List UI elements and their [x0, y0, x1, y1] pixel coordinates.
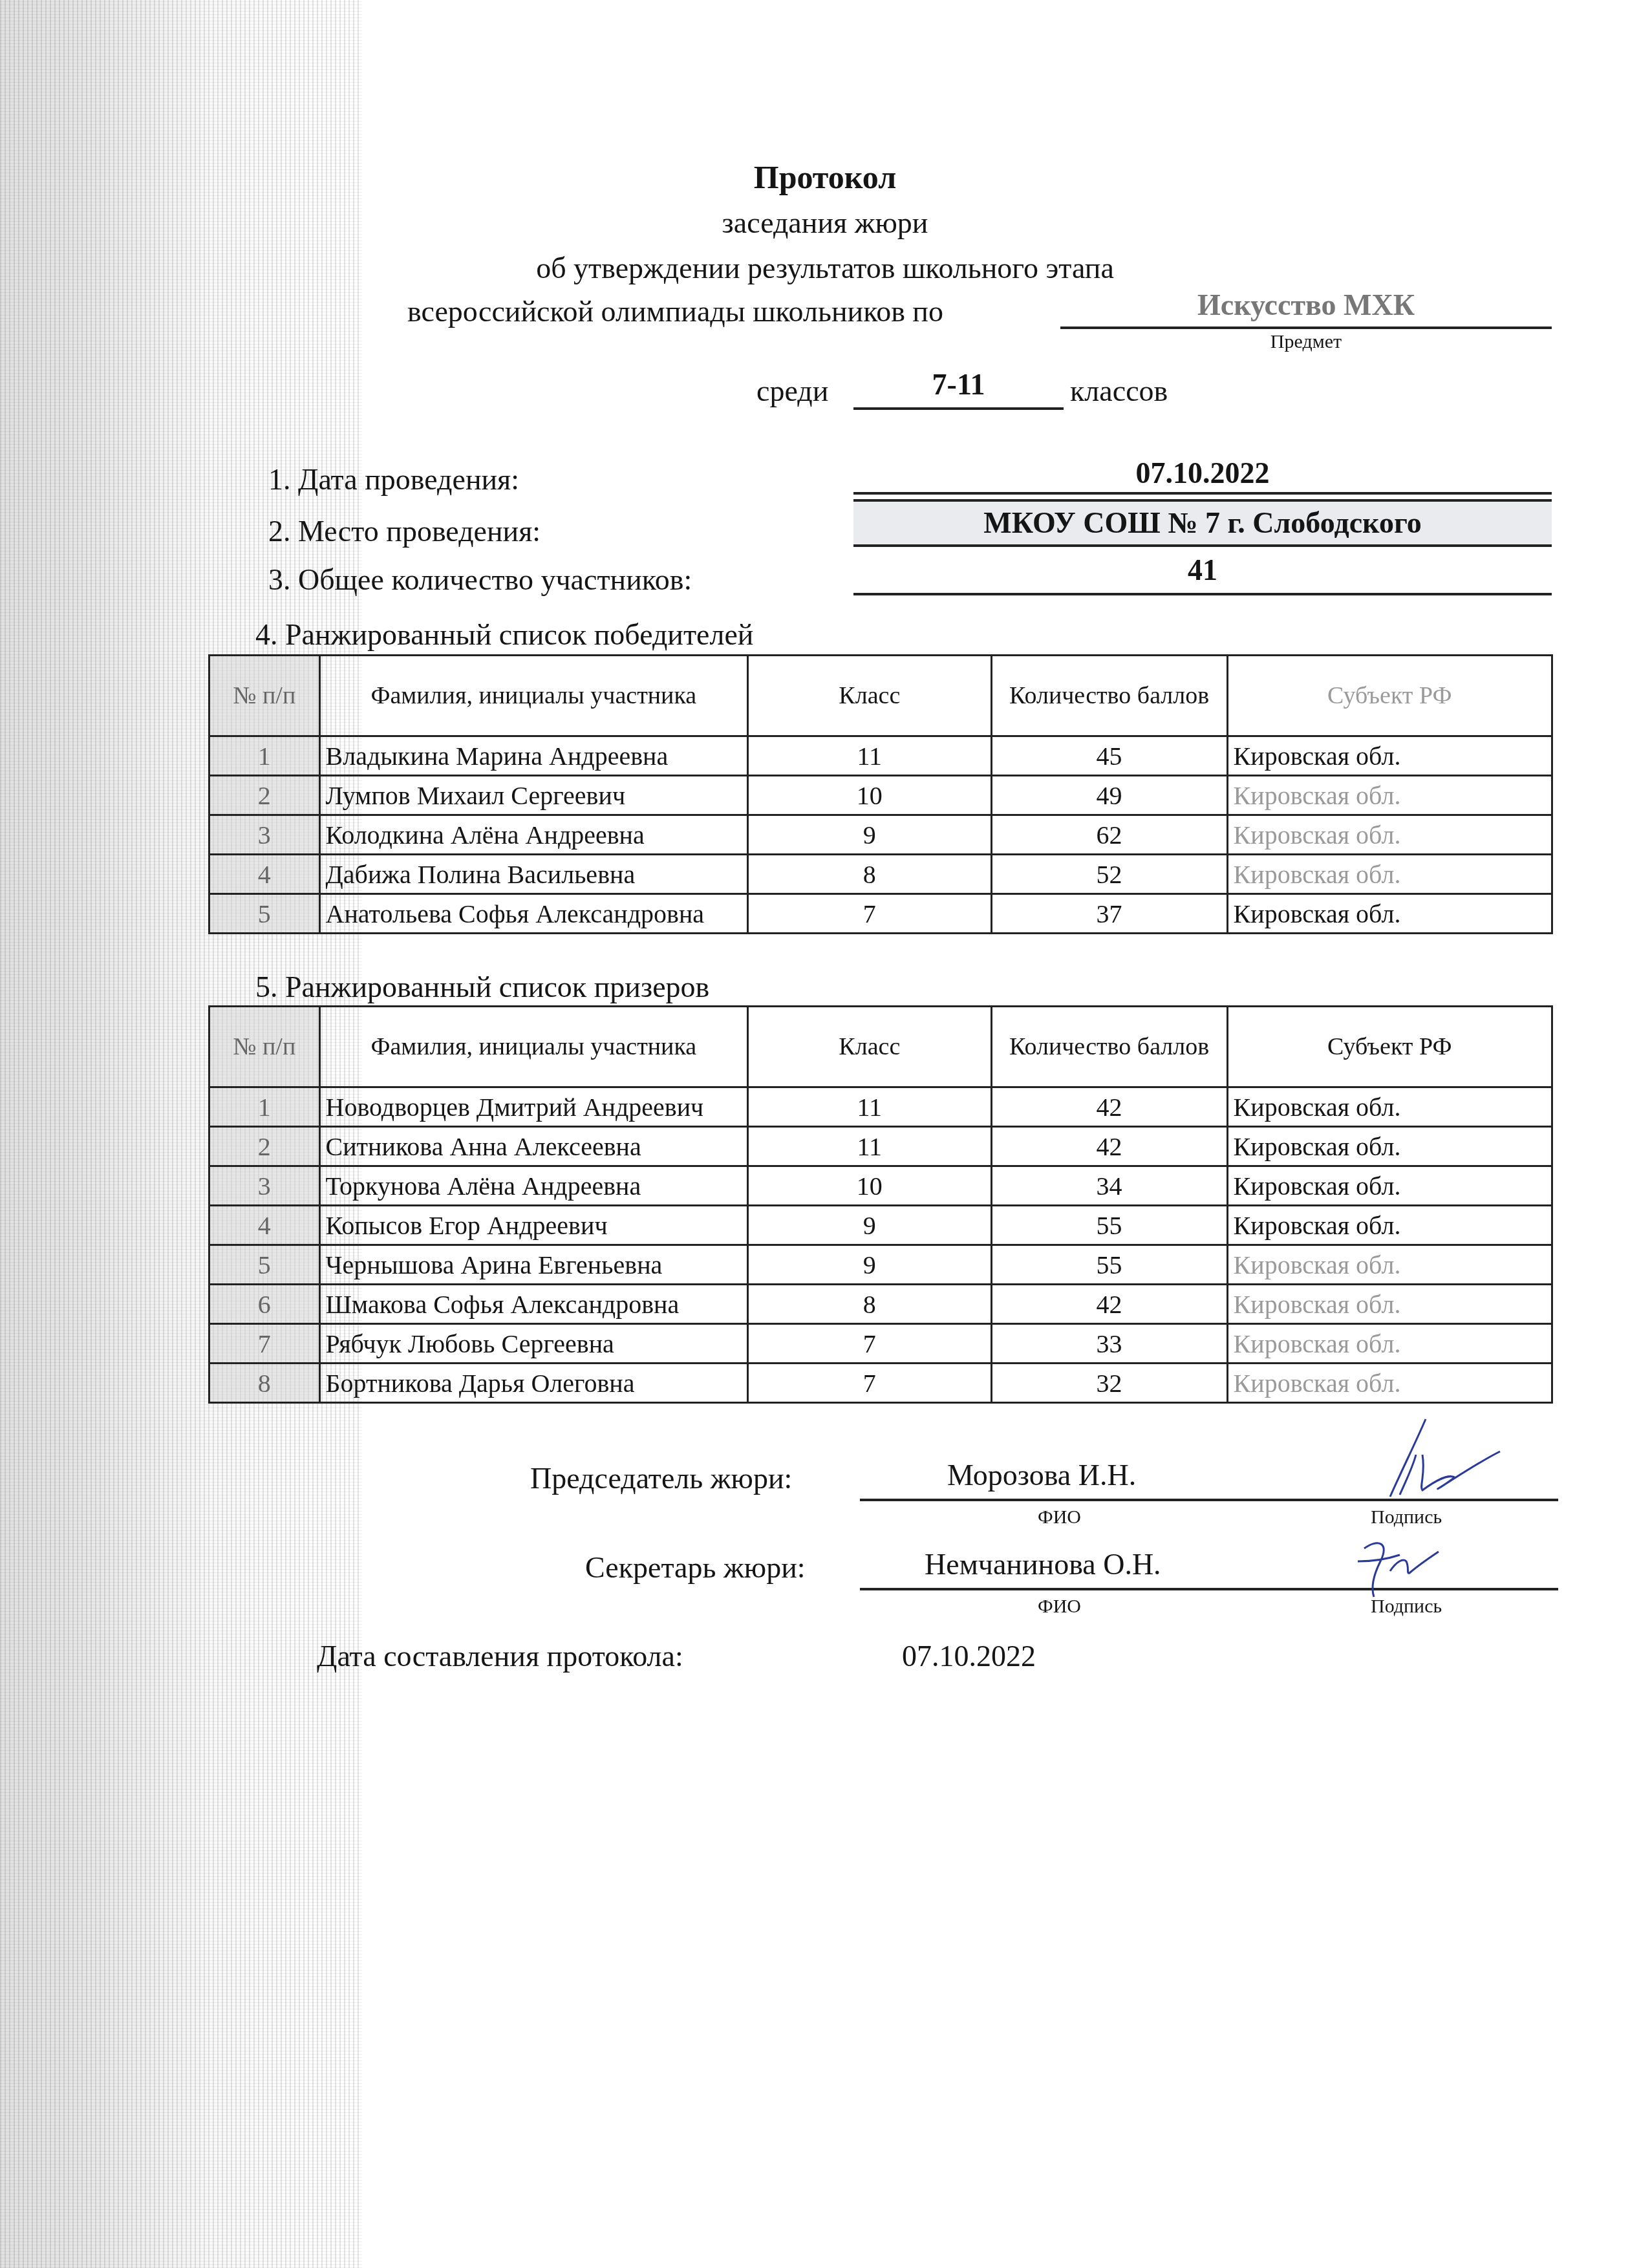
- row-number: 3: [209, 815, 320, 855]
- row-number: 2: [209, 1127, 320, 1166]
- participant-region: Кировская обл.: [1227, 815, 1552, 855]
- participant-grade: 8: [748, 855, 991, 894]
- chair-name: Морозова И.Н.: [947, 1458, 1136, 1492]
- row-number: 7: [209, 1324, 320, 1364]
- row-number: 4: [209, 1206, 320, 1245]
- row-number: 5: [209, 1245, 320, 1285]
- participant-score: 62: [991, 815, 1227, 855]
- participant-name: Копысов Егор Андреевич: [319, 1206, 748, 1245]
- row-number: 3: [209, 1166, 320, 1206]
- participant-grade: 10: [748, 776, 991, 815]
- participant-score: 49: [991, 776, 1227, 815]
- table-row: 2Лумпов Михаил Сергеевич1049Кировская об…: [209, 776, 1552, 815]
- col-num-header: № п/п: [209, 656, 320, 736]
- table-row: 5Анатольева Софья Александровна737Кировс…: [209, 894, 1552, 934]
- place-label: 2. Место проведения:: [268, 514, 541, 548]
- secretary-signature-icon: [1345, 1535, 1448, 1600]
- participant-region: Кировская обл.: [1227, 894, 1552, 934]
- participant-score: 37: [991, 894, 1227, 934]
- chair-label: Председатель жюри:: [530, 1461, 792, 1495]
- participant-region: Кировская обл.: [1227, 736, 1552, 776]
- col-name-header: Фамилия, инициалы участника: [319, 1007, 748, 1087]
- among-label: среди: [756, 374, 828, 408]
- participant-score: 55: [991, 1206, 1227, 1245]
- participant-region: Кировская обл.: [1227, 1166, 1552, 1206]
- table-row: 3Торкунова Алёна Андреевна1034Кировская …: [209, 1166, 1552, 1206]
- row-number: 6: [209, 1285, 320, 1324]
- col-grade-header: Класс: [748, 1007, 991, 1087]
- participant-grade: 9: [748, 1206, 991, 1245]
- table-row: 4Копысов Егор Андреевич955Кировская обл.: [209, 1206, 1552, 1245]
- compiled-date-label: Дата составления протокола:: [317, 1639, 683, 1673]
- participant-name: Лумпов Михаил Сергеевич: [319, 776, 748, 815]
- participant-name: Колодкина Алёна Андреевна: [319, 815, 748, 855]
- place-value: МКОУ СОШ № 7 г. Слободского: [853, 499, 1552, 547]
- participant-region: Кировская обл.: [1227, 1324, 1552, 1364]
- chair-fio-caption: ФИО: [1038, 1506, 1081, 1528]
- participant-score: 52: [991, 855, 1227, 894]
- participant-region: Кировская обл.: [1227, 776, 1552, 815]
- table-row: 6Шмакова Софья Александровна842Кировская…: [209, 1285, 1552, 1324]
- col-num-header: № п/п: [209, 1007, 320, 1087]
- secretary-fio-caption: ФИО: [1038, 1596, 1081, 1618]
- participant-name: Ситникова Анна Алексеевна: [319, 1127, 748, 1166]
- secretary-label: Секретарь жюри:: [585, 1550, 806, 1585]
- participant-region: Кировская обл.: [1227, 1087, 1552, 1127]
- participant-score: 45: [991, 736, 1227, 776]
- col-score-header: Количество баллов: [991, 656, 1227, 736]
- participant-grade: 9: [748, 815, 991, 855]
- participant-name: Новодворцев Дмитрий Андреевич: [319, 1087, 748, 1127]
- participant-grade: 11: [748, 1087, 991, 1127]
- secretary-line: [860, 1588, 1558, 1590]
- grades-label: классов: [1070, 374, 1168, 408]
- col-score-header: Количество баллов: [991, 1007, 1227, 1087]
- table-row: 2Ситникова Анна Алексеевна1142Кировская …: [209, 1127, 1552, 1166]
- prizewinners-heading: 5. Ранжированный список призеров: [255, 970, 709, 1004]
- participant-grade: 9: [748, 1245, 991, 1285]
- participant-grade: 7: [748, 894, 991, 934]
- participant-grade: 8: [748, 1285, 991, 1324]
- participant-count-value: 41: [853, 553, 1552, 595]
- table-row: 8Бортникова Дарья Олеговна732Кировская о…: [209, 1364, 1552, 1403]
- chair-signature-caption: Подпись: [1371, 1506, 1442, 1528]
- count-label: 3. Общее количество участников:: [268, 562, 692, 597]
- participant-region: Кировская обл.: [1227, 855, 1552, 894]
- table-header-row: № п/п Фамилия, инициалы участника Класс …: [209, 1007, 1552, 1087]
- participant-score: 42: [991, 1087, 1227, 1127]
- compiled-date-value: 07.10.2022: [902, 1639, 1036, 1673]
- participant-grade: 10: [748, 1166, 991, 1206]
- row-number: 8: [209, 1364, 320, 1403]
- document-subtitle-1: заседания жюри: [0, 206, 1650, 240]
- participant-region: Кировская обл.: [1227, 1127, 1552, 1166]
- participant-score: 42: [991, 1285, 1227, 1324]
- participant-region: Кировская обл.: [1227, 1206, 1552, 1245]
- participant-name: Бортникова Дарья Олеговна: [319, 1364, 748, 1403]
- participant-name: Анатольева Софья Александровна: [319, 894, 748, 934]
- document-subtitle-3: всероссийской олимпиады школьников по: [407, 294, 943, 328]
- date-label: 1. Дата проведения:: [268, 462, 519, 497]
- subject-field: Искусство МХК: [1060, 288, 1552, 329]
- row-number: 4: [209, 855, 320, 894]
- row-number: 1: [209, 736, 320, 776]
- participant-grade: 11: [748, 736, 991, 776]
- participant-grade: 7: [748, 1364, 991, 1403]
- participant-name: Шмакова Софья Александровна: [319, 1285, 748, 1324]
- participant-name: Чернышова Арина Евгеньевна: [319, 1245, 748, 1285]
- row-number: 2: [209, 776, 320, 815]
- date-value: 07.10.2022: [853, 456, 1552, 495]
- table-row: 1Новодворцев Дмитрий Андреевич1142Кировс…: [209, 1087, 1552, 1127]
- participant-score: 33: [991, 1324, 1227, 1364]
- document-subtitle-2: об утверждении результатов школьного эта…: [0, 251, 1650, 285]
- participant-score: 34: [991, 1166, 1227, 1206]
- chair-signature-icon: [1377, 1416, 1506, 1500]
- participant-name: Рябчук Любовь Сергеевна: [319, 1324, 748, 1364]
- col-name-header: Фамилия, инициалы участника: [319, 656, 748, 736]
- participant-name: Торкунова Алёна Андреевна: [319, 1166, 748, 1206]
- participant-score: 55: [991, 1245, 1227, 1285]
- secretary-name: Немчанинова О.Н.: [925, 1547, 1161, 1581]
- table-row: 1Владыкина Марина Андреевна1145Кировская…: [209, 736, 1552, 776]
- row-number: 5: [209, 894, 320, 934]
- table-row: 3Колодкина Алёна Андреевна962Кировская о…: [209, 815, 1552, 855]
- participant-grade: 11: [748, 1127, 991, 1166]
- document-title: Протокол: [0, 158, 1650, 196]
- row-number: 1: [209, 1087, 320, 1127]
- table-row: 5Чернышова Арина Евгеньевна955Кировская …: [209, 1245, 1552, 1285]
- winners-heading: 4. Ранжированный список победителей: [255, 617, 753, 652]
- participant-name: Дабижа Полина Васильевна: [319, 855, 748, 894]
- participant-region: Кировская обл.: [1227, 1245, 1552, 1285]
- participant-grade: 7: [748, 1324, 991, 1364]
- participant-name: Владыкина Марина Андреевна: [319, 736, 748, 776]
- table-row: 7Рябчук Любовь Сергеевна733Кировская обл…: [209, 1324, 1552, 1364]
- participant-region: Кировская обл.: [1227, 1364, 1552, 1403]
- participant-region: Кировская обл.: [1227, 1285, 1552, 1324]
- prizewinners-table: № п/п Фамилия, инициалы участника Класс …: [208, 1005, 1553, 1404]
- table-header-row: № п/п Фамилия, инициалы участника Класс …: [209, 656, 1552, 736]
- participant-score: 42: [991, 1127, 1227, 1166]
- subject-caption: Предмет: [1060, 331, 1552, 353]
- table-row: 4Дабижа Полина Васильевна852Кировская об…: [209, 855, 1552, 894]
- grades-field: 7-11: [853, 367, 1064, 410]
- participant-score: 32: [991, 1364, 1227, 1403]
- col-region-header: Субъект РФ: [1227, 656, 1552, 736]
- col-grade-header: Класс: [748, 656, 991, 736]
- col-region-header: Субъект РФ: [1227, 1007, 1552, 1087]
- winners-table: № п/п Фамилия, инициалы участника Класс …: [208, 654, 1553, 934]
